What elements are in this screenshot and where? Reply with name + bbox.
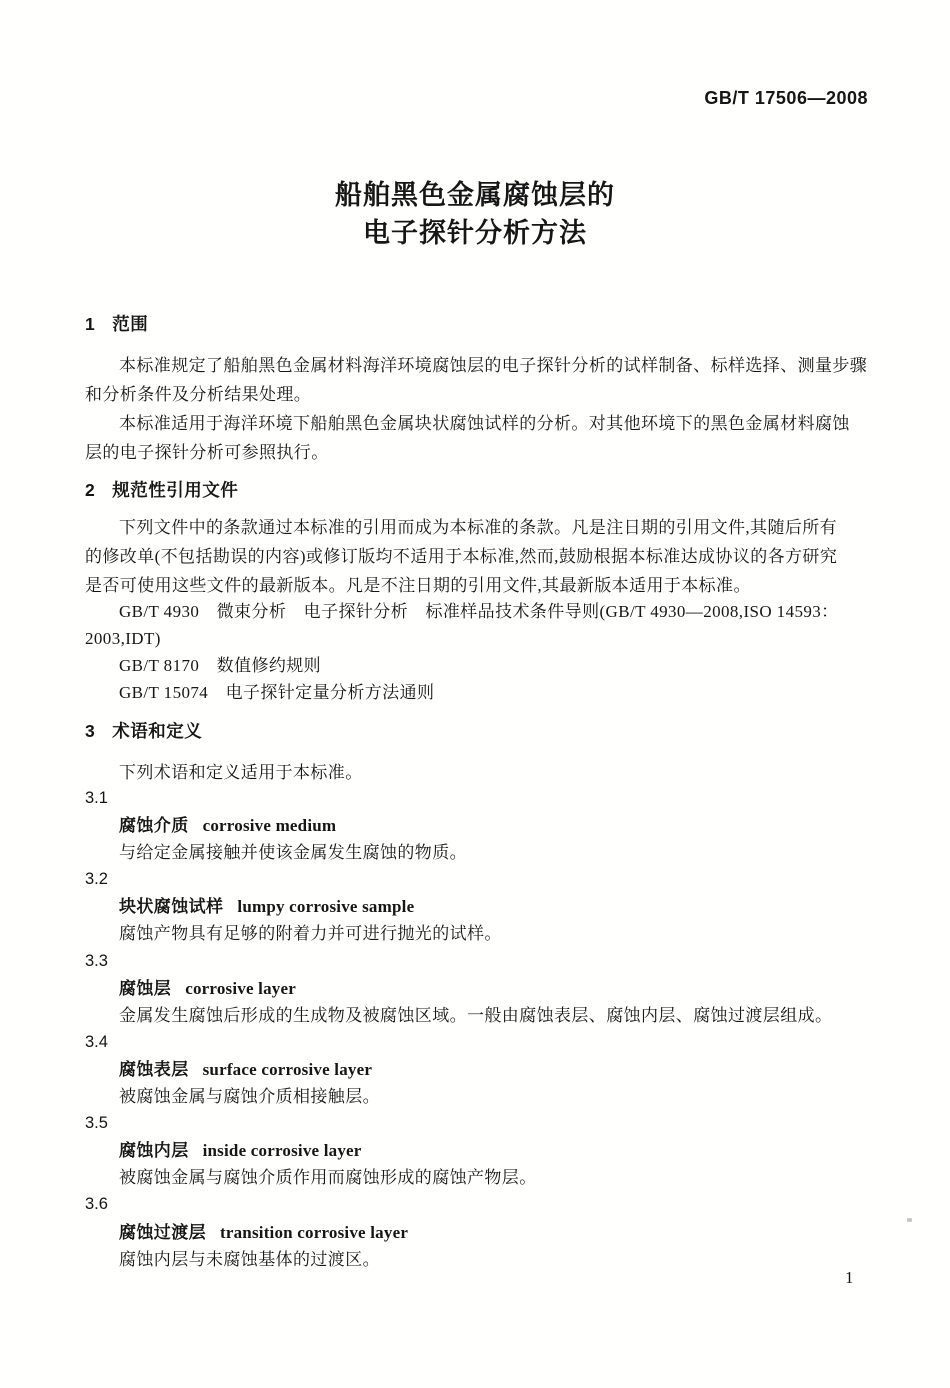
- reference-list: GB/T 4930 微束分析 电子探针分析 标准样品技术条件导则(GB/T 49…: [85, 598, 869, 706]
- term-heading: 腐蚀表层surface corrosive layer: [85, 1056, 869, 1083]
- term-heading: 块状腐蚀试样lumpy corrosive sample: [85, 893, 869, 920]
- section-2-number: 2: [85, 480, 95, 500]
- term-zh: 腐蚀表层: [119, 1060, 189, 1079]
- term-definition: 金属发生腐蚀后形成的生成物及被腐蚀区域。一般由腐蚀表层、腐蚀内层、腐蚀过渡层组成…: [85, 1002, 869, 1029]
- document-page: GB/T 17506—2008 船舶黑色金属腐蚀层的 电子探针分析方法 1范围 …: [0, 0, 950, 1388]
- text-line: 本标准适用于海洋环境下船舶黑色金属块状腐蚀试样的分析。对其他环境下的黑色金属材料…: [85, 409, 869, 438]
- term-en: transition corrosive layer: [220, 1223, 408, 1242]
- page-number: 1: [845, 1268, 854, 1288]
- term-number: 3.5: [85, 1110, 869, 1137]
- term-heading: 腐蚀介质corrosive medium: [85, 812, 869, 839]
- title-line-2: 电子探针分析方法: [0, 214, 950, 252]
- term-zh: 腐蚀介质: [119, 816, 189, 835]
- normative-references-paragraph: 下列文件中的条款通过本标准的引用而成为本标准的条款。凡是注日期的引用文件,其随后…: [85, 513, 869, 600]
- term-number: 3.1: [85, 785, 869, 812]
- term-zh: 腐蚀层: [119, 979, 171, 998]
- scope-paragraph-1: 本标准规定了船舶黑色金属材料海洋环境腐蚀层的电子探针分析的试样制备、标样选择、测…: [85, 351, 869, 409]
- reference-line: 2003,IDT): [85, 625, 869, 652]
- term-en: corrosive layer: [185, 979, 296, 998]
- term-definition: 腐蚀内层与未腐蚀基体的过渡区。: [85, 1246, 869, 1273]
- standard-code: GB/T 17506—2008: [704, 88, 868, 109]
- section-1-title: 范围: [112, 314, 148, 334]
- title-line-1: 船舶黑色金属腐蚀层的: [0, 176, 950, 214]
- section-3-title: 术语和定义: [112, 721, 202, 741]
- term-zh: 块状腐蚀试样: [119, 897, 223, 916]
- text-line: 的修改单(不包括勘误的内容)或修订版均不适用于本标准,然而,鼓励根据本标准达成协…: [85, 542, 869, 571]
- term-en: surface corrosive layer: [203, 1060, 373, 1079]
- text-line: 本标准规定了船舶黑色金属材料海洋环境腐蚀层的电子探针分析的试样制备、标样选择、测…: [85, 351, 869, 380]
- section-2-heading: 2规范性引用文件: [85, 477, 238, 502]
- reference-line: GB/T 4930 微束分析 电子探针分析 标准样品技术条件导则(GB/T 49…: [85, 598, 869, 625]
- document-title: 船舶黑色金属腐蚀层的 电子探针分析方法: [0, 176, 950, 252]
- term-heading: 腐蚀过渡层transition corrosive layer: [85, 1219, 869, 1246]
- terms-intro: 下列术语和定义适用于本标准。: [85, 758, 869, 787]
- term-en: lumpy corrosive sample: [237, 897, 414, 916]
- term-heading: 腐蚀层corrosive layer: [85, 975, 869, 1002]
- term-definition: 被腐蚀金属与腐蚀介质作用而腐蚀形成的腐蚀产物层。: [85, 1164, 869, 1191]
- term-number: 3.6: [85, 1191, 869, 1218]
- text-line: 层的电子探针分析可参照执行。: [85, 438, 869, 467]
- term-zh: 腐蚀过渡层: [119, 1223, 206, 1242]
- text-line: 下列文件中的条款通过本标准的引用而成为本标准的条款。凡是注日期的引用文件,其随后…: [85, 513, 869, 542]
- term-definition: 与给定金属接触并使该金属发生腐蚀的物质。: [85, 839, 869, 866]
- section-1-number: 1: [85, 314, 95, 334]
- scan-speck: [907, 1218, 912, 1222]
- reference-line: GB/T 15074 电子探针定量分析方法通则: [85, 679, 869, 706]
- section-1-heading: 1范围: [85, 311, 148, 336]
- scope-paragraph-2: 本标准适用于海洋环境下船舶黑色金属块状腐蚀试样的分析。对其他环境下的黑色金属材料…: [85, 409, 869, 467]
- text-line: 和分析条件及分析结果处理。: [85, 380, 869, 409]
- term-definition: 被腐蚀金属与腐蚀介质相接触层。: [85, 1083, 869, 1110]
- text-line: 下列术语和定义适用于本标准。: [85, 758, 869, 787]
- reference-line: GB/T 8170 数值修约规则: [85, 652, 869, 679]
- term-number: 3.2: [85, 866, 869, 893]
- term-number: 3.4: [85, 1029, 869, 1056]
- term-zh: 腐蚀内层: [119, 1141, 189, 1160]
- term-heading: 腐蚀内层inside corrosive layer: [85, 1137, 869, 1164]
- section-3-number: 3: [85, 721, 95, 741]
- term-definition: 腐蚀产物具有足够的附着力并可进行抛光的试样。: [85, 920, 869, 947]
- term-number: 3.3: [85, 948, 869, 975]
- terms-list: 3.1 腐蚀介质corrosive medium 与给定金属接触并使该金属发生腐…: [85, 785, 869, 1273]
- term-en: corrosive medium: [203, 816, 337, 835]
- term-en: inside corrosive layer: [203, 1141, 362, 1160]
- section-2-title: 规范性引用文件: [112, 480, 238, 500]
- text-line: 是否可使用这些文件的最新版本。凡是不注日期的引用文件,其最新版本适用于本标准。: [85, 571, 869, 600]
- section-3-heading: 3术语和定义: [85, 718, 202, 743]
